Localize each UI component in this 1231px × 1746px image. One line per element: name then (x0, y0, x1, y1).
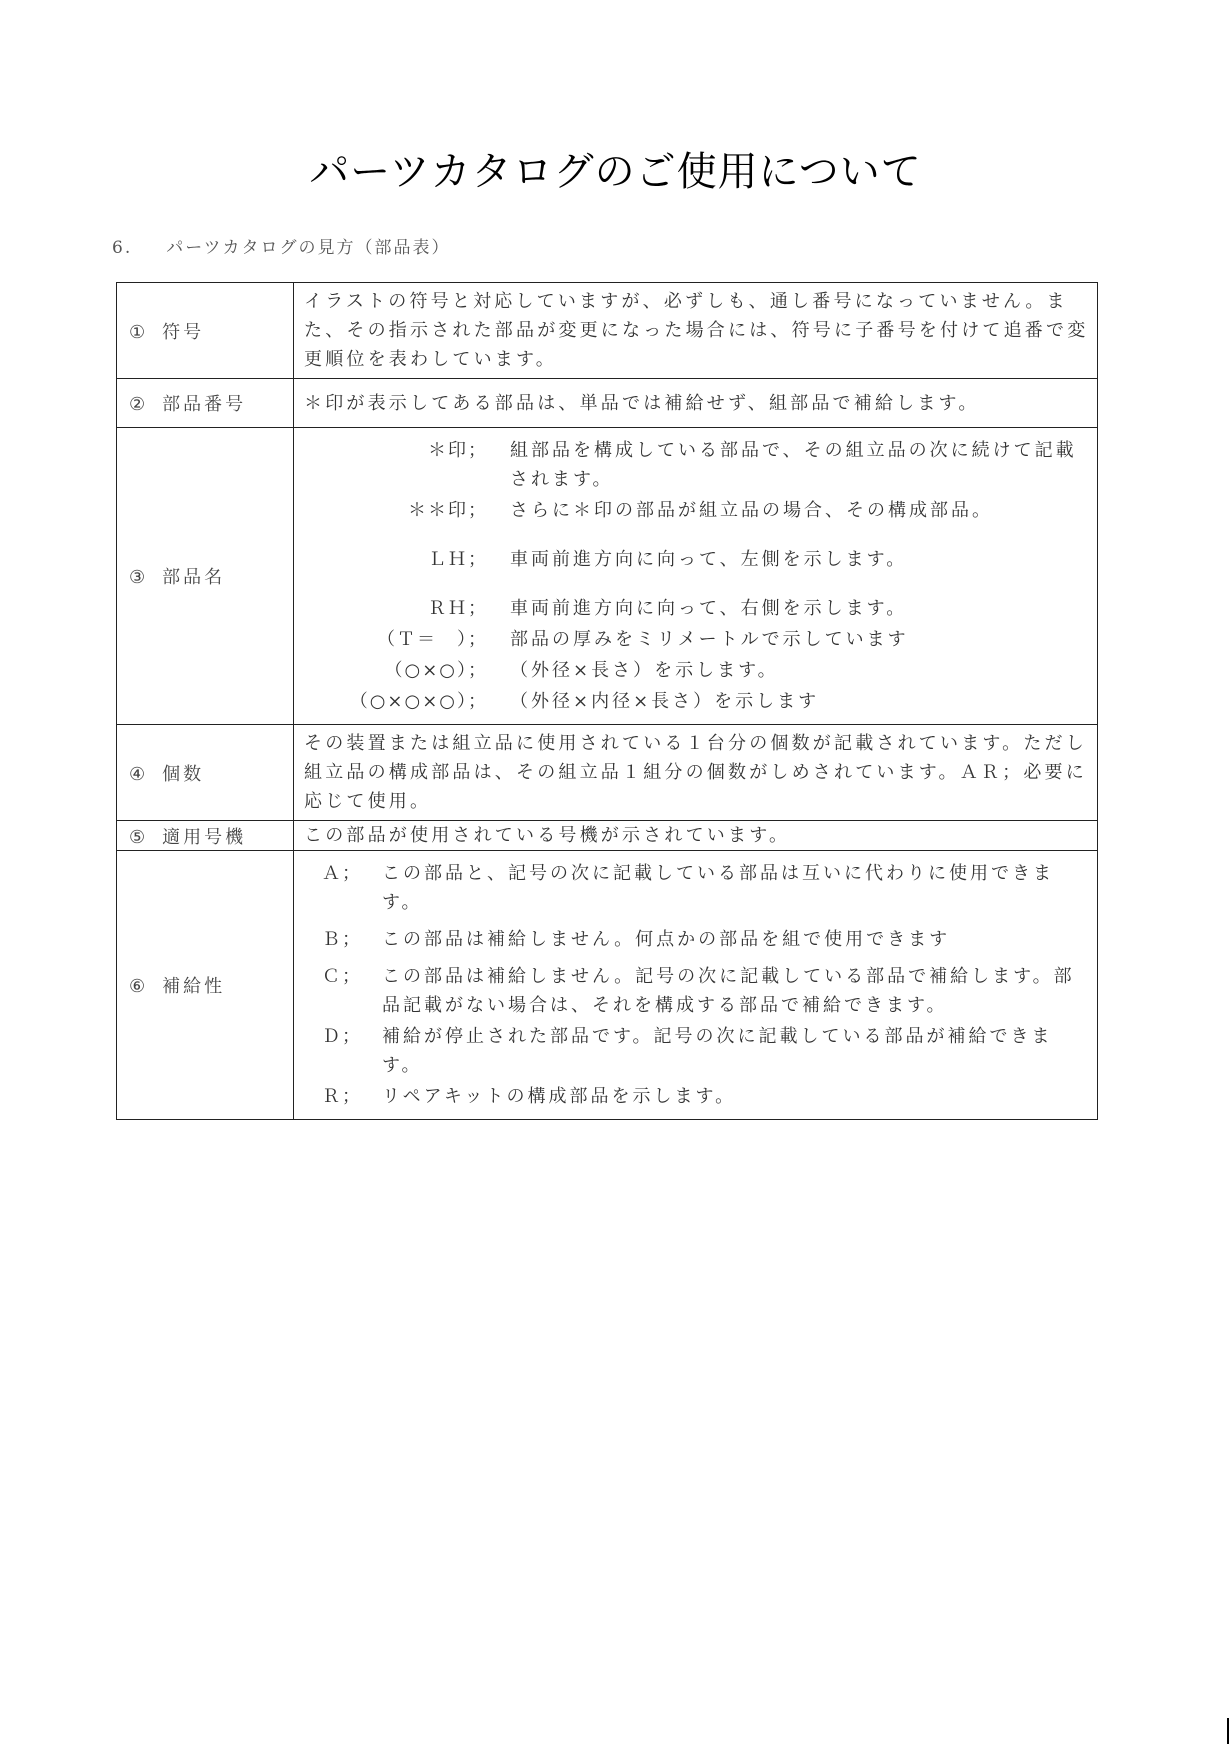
table-row-supply: ⑥補給性 Ａ； この部品と、記号の次に記載している部品は互いに代わりに使用できま… (117, 851, 1098, 1120)
notation-key: （○×○×○）； (304, 687, 488, 716)
row-label-text: 部品番号 (162, 394, 246, 415)
row-label: ④個数 (117, 725, 294, 821)
table-row-applicable-units: ⑤適用号機 この部品が使用されている号機が示されています。 (117, 821, 1098, 851)
notation-key: ＊＊印； (304, 496, 488, 525)
section-heading: 6.パーツカタログの見方（部品表） (112, 233, 451, 258)
table-row-quantity: ④個数 その装置または組立品に使用されている１台分の個数が記載されています。ただ… (117, 725, 1098, 821)
table-row-part-number: ②部品番号 ＊印が表示してある部品は、単品では補給せず、組部品で補給します。 (117, 379, 1098, 428)
row-label-text: 適用号機 (162, 827, 246, 848)
supply-description: この部品と、記号の次に記載している部品は互いに代わりに使用できます。 (382, 859, 1089, 917)
notation-key: （Ｔ＝ ）； (304, 625, 488, 654)
row-number: ⑥ (129, 976, 148, 997)
supply-code: Ｄ； (304, 1022, 362, 1080)
parts-list-legend-table: ①符号 イラストの符号と対応していますが、必ずしも、通し番号になっていません。ま… (116, 282, 1098, 1120)
supply-code: Ｃ； (304, 962, 362, 1020)
section-title: パーツカタログの見方（部品表） (166, 238, 450, 258)
notation-key: ＲＨ； (304, 594, 488, 623)
row-label: ①符号 (117, 283, 294, 379)
part-name-notation-list: ＊印； 組部品を構成している部品で、その組立品の次に続けて記載されます。 ＊＊印… (304, 432, 1089, 720)
row-description: ＊印が表示してある部品は、単品では補給せず、組部品で補給します。 (294, 379, 1098, 428)
page-edge-mark (1227, 1718, 1229, 1744)
notation-value: 組部品を構成している部品で、その組立品の次に続けて記載されます。 (510, 436, 1089, 494)
row-description: この部品が使用されている号機が示されています。 (294, 821, 1098, 851)
notation-value: （外径×長さ）を示します。 (510, 656, 1089, 685)
row-number: ② (129, 394, 148, 415)
row-description: その装置または組立品に使用されている１台分の個数が記載されています。ただし組立品… (294, 725, 1098, 821)
notation-value: さらに＊印の部品が組立品の場合、その構成部品。 (510, 496, 1089, 525)
row-label-text: 部品名 (162, 567, 225, 588)
row-description: ＊印； 組部品を構成している部品で、その組立品の次に続けて記載されます。 ＊＊印… (294, 428, 1098, 725)
notation-value: （外径×内径×長さ）を示します (510, 687, 1089, 716)
section-number: 6. (112, 238, 132, 258)
row-description: イラストの符号と対応していますが、必ずしも、通し番号になっていません。また、その… (294, 283, 1098, 379)
row-label: ⑤適用号機 (117, 821, 294, 851)
row-label-text: 個数 (162, 764, 204, 785)
notation-key: （○×○）； (304, 656, 488, 685)
supply-code: Ｒ； (304, 1082, 362, 1111)
row-number: ⑤ (129, 827, 148, 848)
row-number: ④ (129, 764, 148, 785)
supply-code-list: Ａ； この部品と、記号の次に記載している部品は互いに代わりに使用できます。 Ｂ；… (304, 855, 1089, 1115)
row-label: ②部品番号 (117, 379, 294, 428)
notation-key: ＊印； (304, 436, 488, 494)
row-number: ③ (129, 567, 148, 588)
supply-description: リペアキットの構成部品を示します。 (382, 1082, 1089, 1111)
supply-description: この部品は補給しません。何点かの部品を組で使用できます (382, 925, 1089, 954)
row-label-text: 補給性 (162, 976, 225, 997)
row-label-text: 符号 (162, 322, 204, 343)
table-row-part-name: ③部品名 ＊印； 組部品を構成している部品で、その組立品の次に続けて記載されます… (117, 428, 1098, 725)
row-number: ① (129, 322, 148, 343)
notation-value: 部品の厚みをミリメートルで示しています (510, 625, 1089, 654)
table-row-symbol: ①符号 イラストの符号と対応していますが、必ずしも、通し番号になっていません。ま… (117, 283, 1098, 379)
supply-description: 補給が停止された部品です。記号の次に記載している部品が補給できます。 (382, 1022, 1089, 1080)
notation-value: 車両前進方向に向って、右側を示します。 (510, 594, 1089, 623)
page-title: パーツカタログのご使用について (0, 140, 1231, 197)
row-label: ③部品名 (117, 428, 294, 725)
row-description: Ａ； この部品と、記号の次に記載している部品は互いに代わりに使用できます。 Ｂ；… (294, 851, 1098, 1120)
supply-code: Ｂ； (304, 925, 362, 954)
notation-value: 車両前進方向に向って、左側を示します。 (510, 545, 1089, 574)
supply-description: この部品は補給しません。記号の次に記載している部品で補給します。部品記載がない場… (382, 962, 1089, 1020)
row-label: ⑥補給性 (117, 851, 294, 1120)
supply-code: Ａ； (304, 859, 362, 917)
notation-key: ＬＨ； (304, 545, 488, 574)
